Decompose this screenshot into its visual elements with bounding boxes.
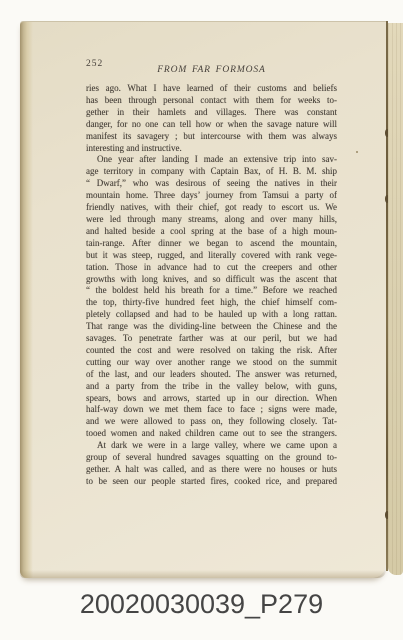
paper-speck [356,151,358,153]
text-line: half-way down we met them face to face ;… [86,404,337,416]
text-line: to be seen our people started fires, coo… [86,476,337,488]
text-line: counted the cost and were resolved on ta… [86,345,337,357]
text-line: friendly natives, with their chief, got … [86,202,337,214]
text-line: That range was the dividing-line between… [86,321,337,333]
page-bottom-edge [20,570,386,578]
text-line: and a party from the tribe in the valley… [86,381,337,393]
text-line: and halted beside a cool spring at the b… [86,226,337,238]
text-line: savages. To penetrate farther was at our… [86,333,337,345]
text-line: “ Dwarf,” who was desirous of seeing the… [86,178,337,190]
running-title: FROM FAR FORMOSA [157,65,266,75]
text-line: pletely collapsed and had to be hauled u… [86,309,337,321]
text-line: gether in their hamlets and villages. Th… [86,107,337,119]
text-line: has been through personal contact with t… [86,95,337,107]
page-left-edge [20,22,33,578]
text-line: manifest its savagery ; but intercourse … [86,131,337,143]
text-line: tain-range. After dinner we began to asc… [86,238,337,250]
text-line: tooed women and naked children came out … [86,428,337,440]
text-line: but it was steep, rugged, and literally … [86,250,337,262]
text-line: One year after landing I made an extensi… [86,154,337,166]
text-line: the top, thirty-five hundred feet high, … [86,297,337,309]
catalog-number: 20020030039_P279 [0,589,403,619]
text-line: spears, bows and arrows, started up in o… [86,393,337,405]
page-edges-right [388,23,403,575]
text-line: interesting and instructive. [86,143,337,155]
text-line: of the last, and our leaders shouted. Th… [86,369,337,381]
text-line: cutting our way over another range we st… [86,357,337,369]
text-line: and we were allowed to pass on, they fol… [86,416,337,428]
text-line: tation. Those in advance had to cut the … [86,262,337,274]
text-line: At dark we were in a large valley, where… [86,440,337,452]
text-line: group of several hundred savages squatti… [86,452,337,464]
text-line: danger, for no one can tell how or when … [86,119,337,131]
text-line: growths with long knives, and so difficu… [86,274,337,286]
text-line: ries ago. What I have learned of their c… [86,83,337,95]
text-line: “ the boldest held his breath for a time… [86,285,337,297]
book-photo: 252FROM FAR FORMOSA ries ago. What I hav… [20,21,403,583]
scan-background: 252FROM FAR FORMOSA ries ago. What I hav… [0,0,403,640]
page-text: ries ago. What I have learned of their c… [86,83,337,488]
book-page: 252FROM FAR FORMOSA ries ago. What I hav… [20,21,386,578]
running-head: 252FROM FAR FORMOSA [86,59,337,71]
text-line: age territory in company with Captain Ba… [86,166,337,178]
text-line: mountain home. Three days’ journey from … [86,190,337,202]
text-line: gether. A halt was called, and as there … [86,464,337,476]
text-line: were led through many streams, along and… [86,214,337,226]
page-number: 252 [86,59,103,69]
